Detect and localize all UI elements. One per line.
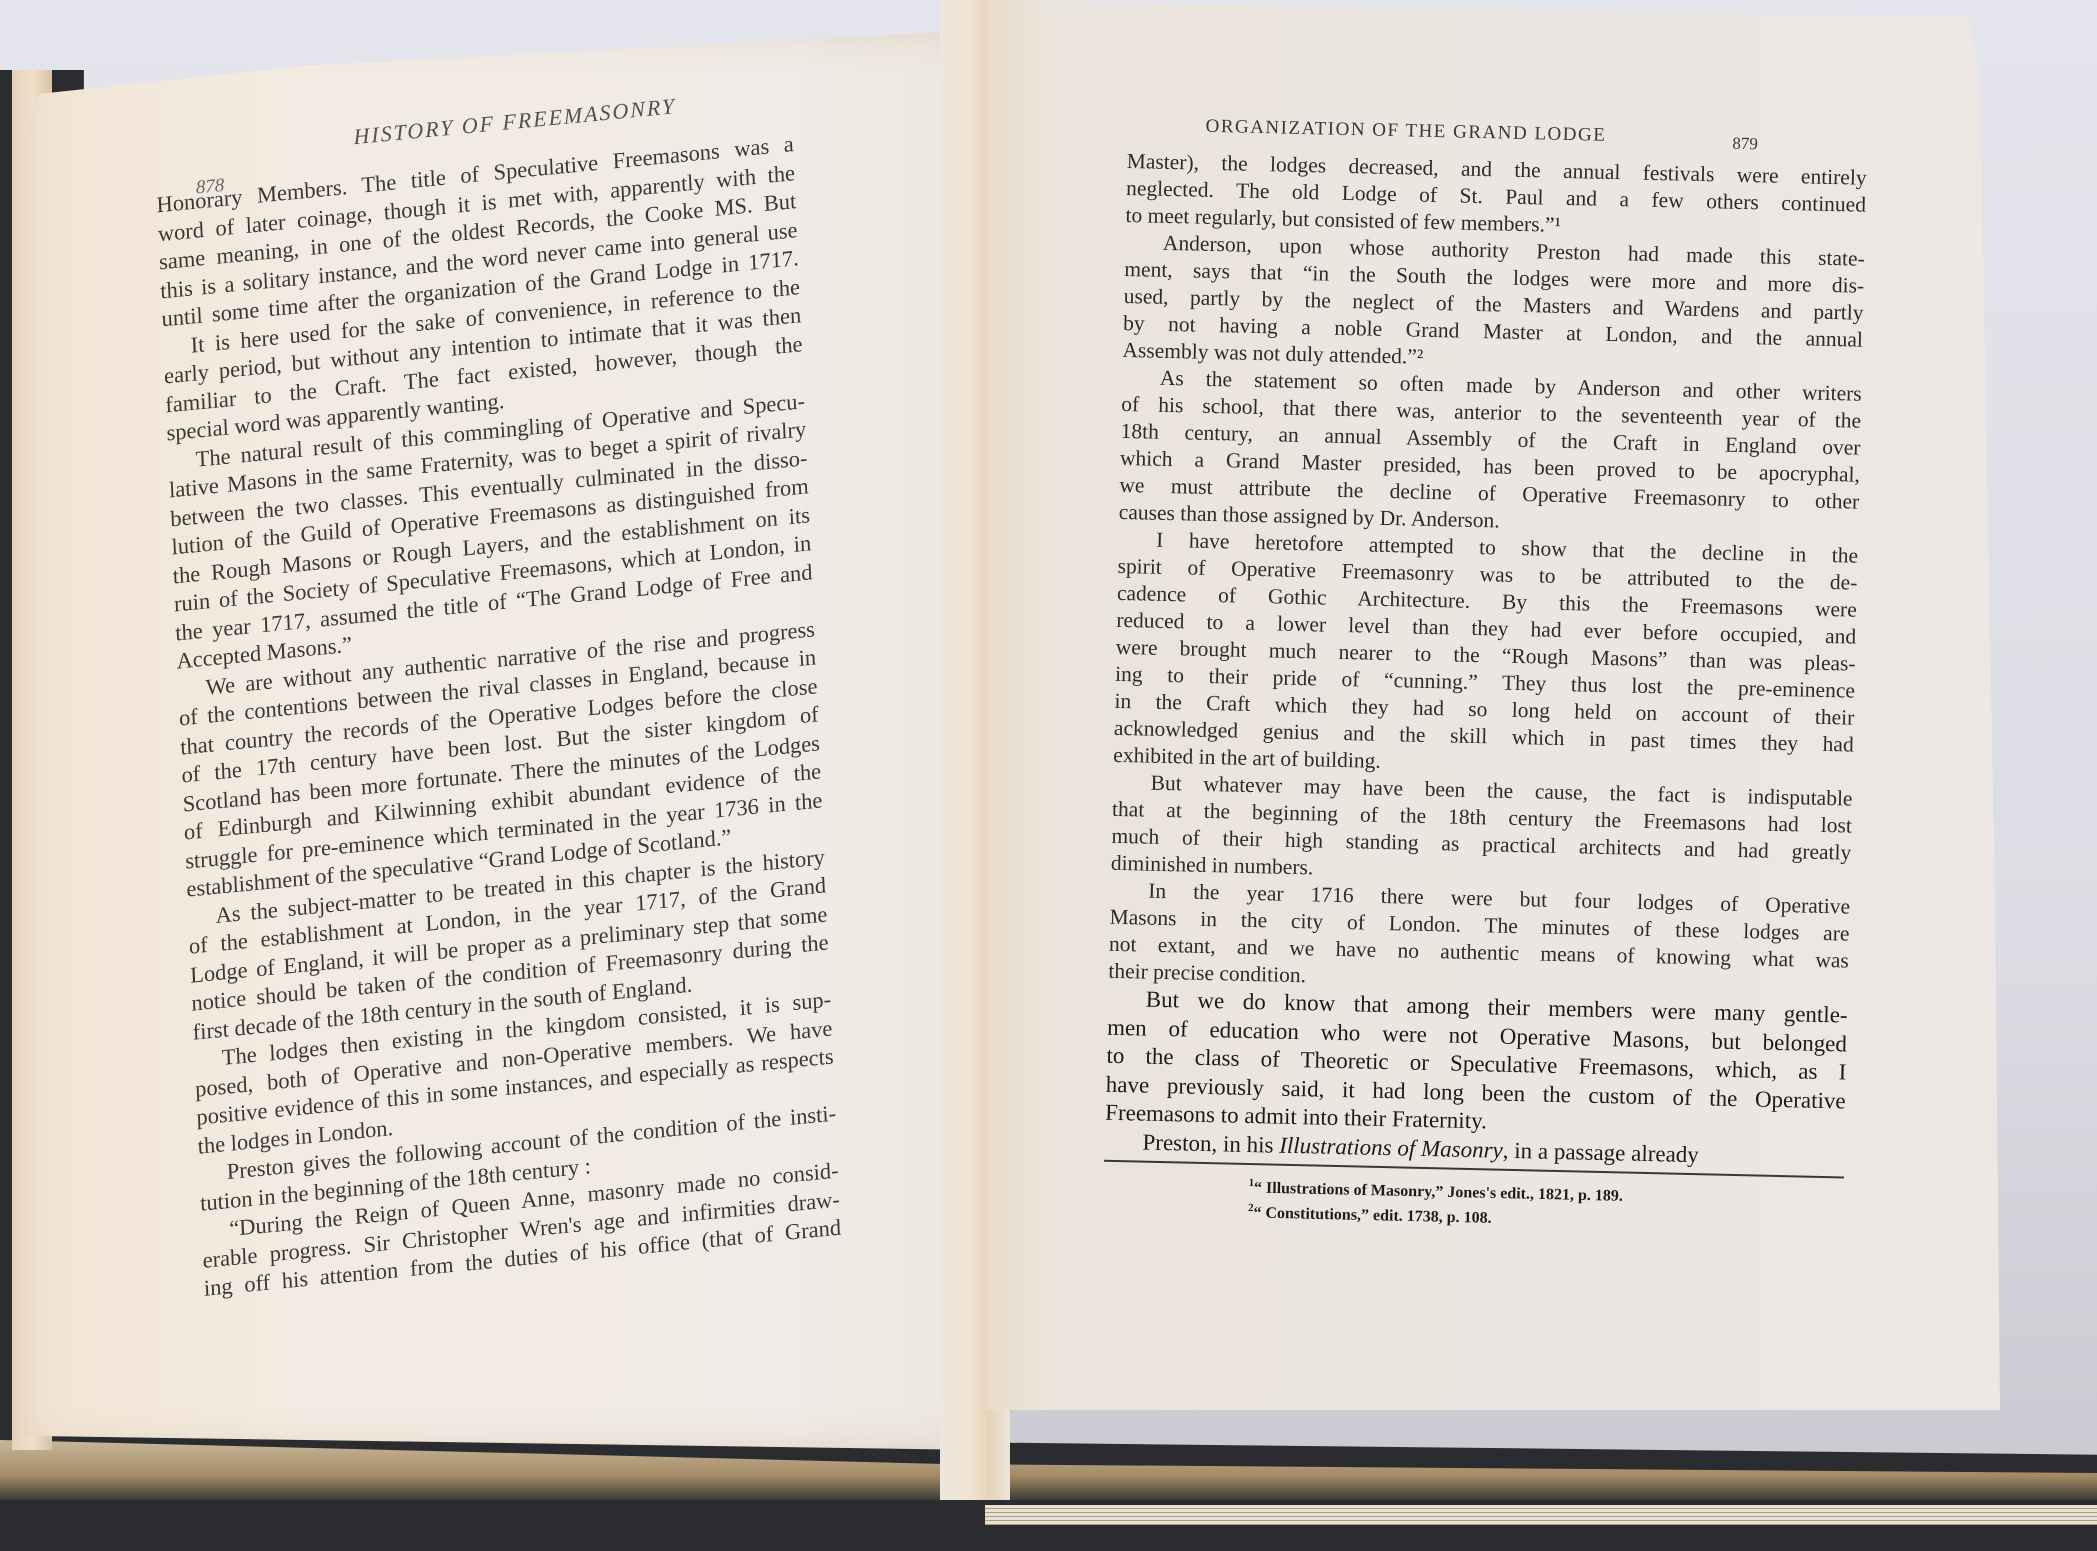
page-number: 879 <box>1732 134 1758 155</box>
book-title: Illustrations of Masonry <box>1279 1132 1503 1162</box>
left-page-body: Honorary Members. The title of Speculati… <box>156 130 842 1303</box>
running-head: ORGANIZATION OF THE GRAND LODGE <box>1205 116 1606 147</box>
photo-scene: 878 HISTORY OF FREEMASONRY Honorary Memb… <box>0 0 2097 1551</box>
right-page-body: Master), the lodges decreased, and the a… <box>1105 148 1867 1144</box>
running-head: HISTORY OF FREEMASONRY <box>353 93 677 150</box>
left-page-text: 878 HISTORY OF FREEMASONRY Honorary Memb… <box>153 60 842 1303</box>
page-number: 878 <box>195 175 224 200</box>
right-page-stack <box>985 1505 2097 1525</box>
right-page-text: ORGANIZATION OF THE GRAND LODGE 879 Mast… <box>1103 108 1868 1237</box>
footnote-text: “ Constitutions,” edit. 1738, p. 108. <box>1253 1205 1492 1227</box>
